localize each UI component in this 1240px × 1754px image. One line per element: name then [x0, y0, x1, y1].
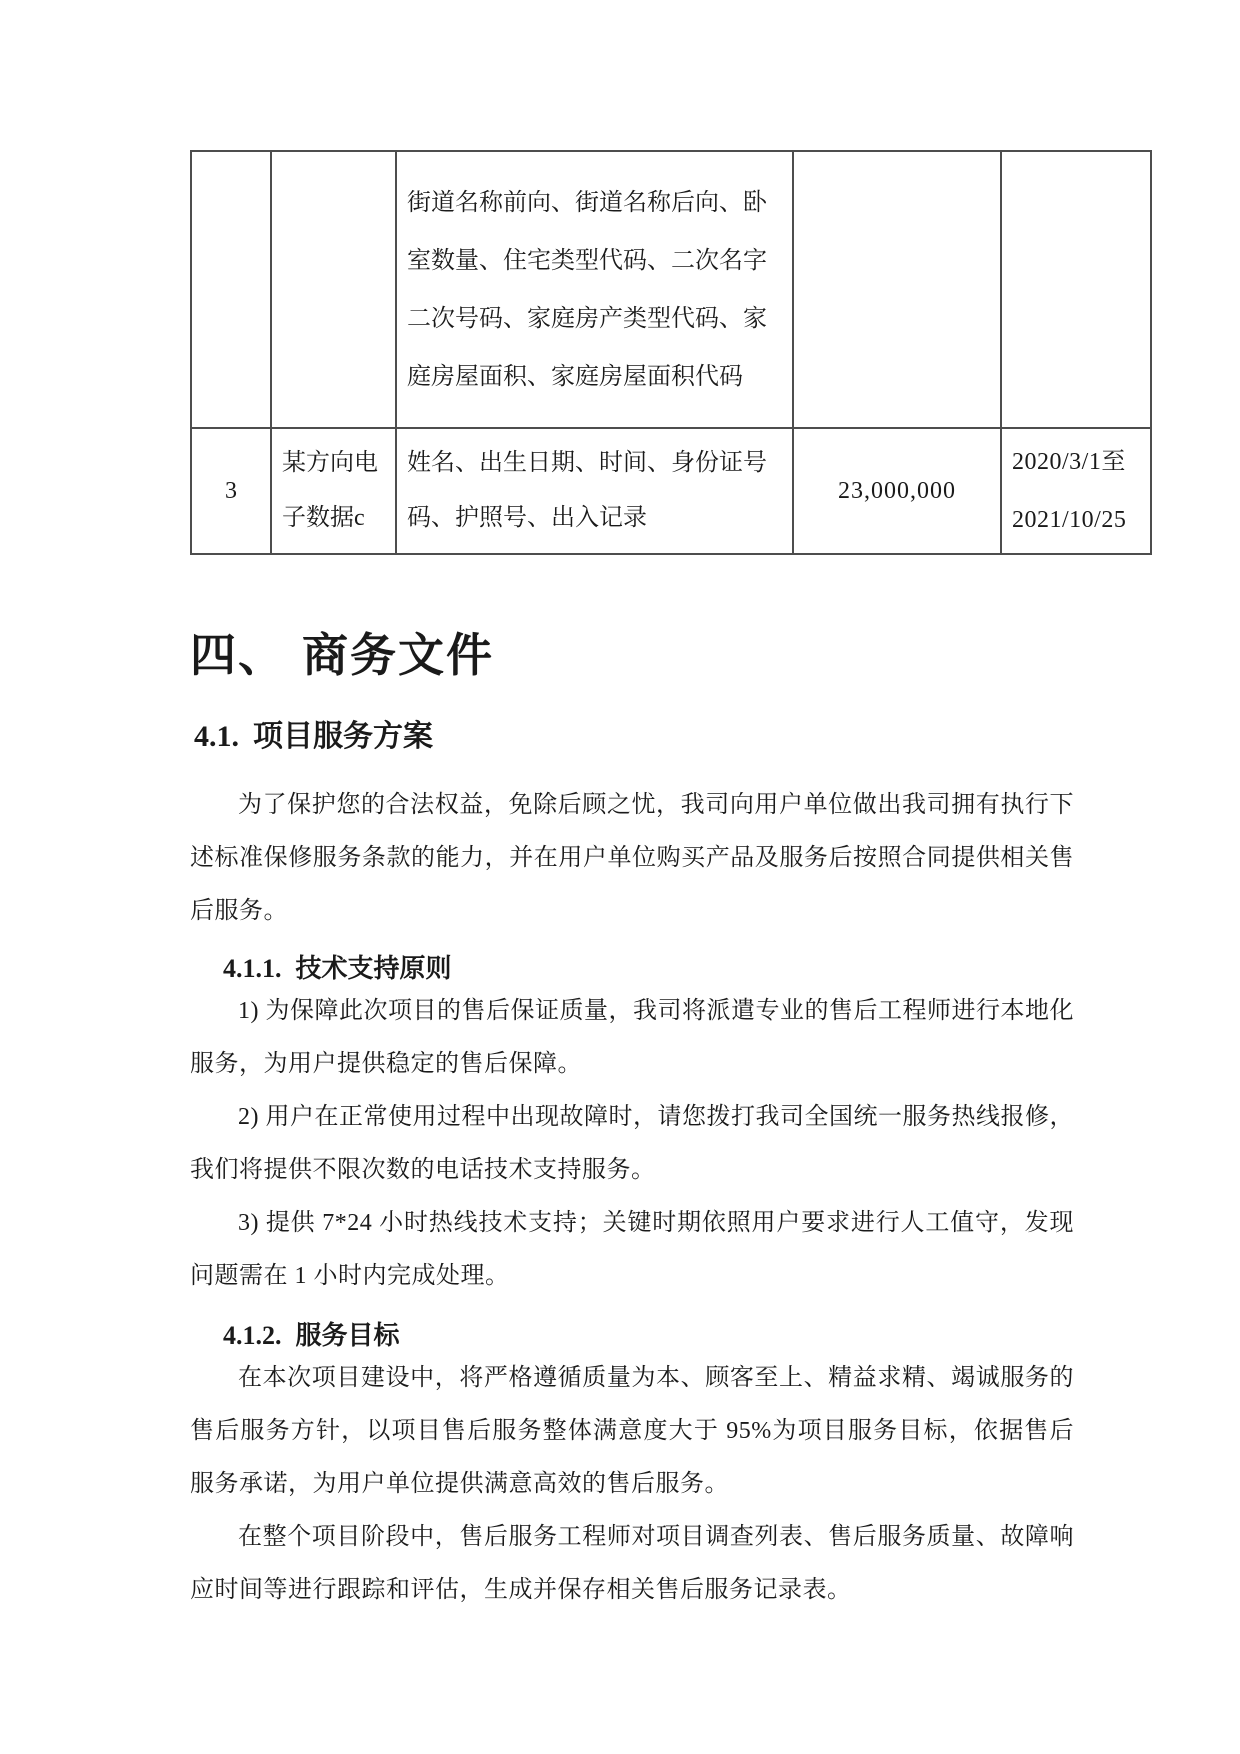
cell-period: 2020/3/1至 2021/10/25	[1001, 428, 1151, 554]
paragraph-goal-2: 在整个项目阶段中，售后服务工程师对项目调查列表、售后服务质量、故障响应时间等进行…	[190, 1511, 1074, 1617]
cell-period	[1001, 151, 1151, 428]
subsection-title: 技术支持原则	[296, 954, 452, 983]
section-heading-4-1: 4.1.项目服务方案	[194, 711, 1150, 755]
cell-fields: 街道名称前向、街道名称后向、卧 室数量、住宅类型代码、二次名字 二次号码、家庭房…	[396, 151, 793, 428]
table-row-continuation: 街道名称前向、街道名称后向、卧 室数量、住宅类型代码、二次名字 二次号码、家庭房…	[191, 151, 1151, 428]
cell-name: 某方向电 子数据c	[271, 428, 396, 554]
section-title: 项目服务方案	[253, 720, 433, 753]
paragraph-item-3: 3) 提供 7*24 小时热线技术支持；关键时期依照用户要求进行人工值守，发现问…	[190, 1197, 1074, 1303]
chapter-heading: 四、商务文件	[190, 619, 1150, 685]
document-content: 街道名称前向、街道名称后向、卧 室数量、住宅类型代码、二次名字 二次号码、家庭房…	[190, 150, 1150, 1617]
paragraph-item-2: 2) 用户在正常使用过程中出现故障时，请您拨打我司全国统一服务热线报修，我们将提…	[190, 1091, 1074, 1197]
subsection-heading-4-1-1: 4.1.1.技术支持原则	[223, 948, 1150, 985]
section-number: 4.1.	[194, 720, 239, 753]
cell-count	[793, 151, 1001, 428]
subsection-number: 4.1.2.	[223, 1321, 282, 1350]
subsection-title: 服务目标	[296, 1321, 400, 1350]
subsection-number: 4.1.1.	[223, 954, 282, 983]
cell-fields: 姓名、出生日期、时间、身份证号 码、护照号、出入记录	[396, 428, 793, 554]
cell-name	[271, 151, 396, 428]
chapter-number: 四、	[190, 630, 286, 681]
subsection-heading-4-1-2: 4.1.2.服务目标	[223, 1315, 1150, 1352]
paragraph-service-plan: 为了保护您的合法权益，免除后顾之忧，我司向用户单位做出我司拥有执行下述标准保修服…	[190, 779, 1074, 938]
chapter-title: 商务文件	[302, 630, 494, 681]
table-row-3: 3 某方向电 子数据c 姓名、出生日期、时间、身份证号 码、护照号、出入记录 2…	[191, 428, 1151, 554]
paragraph-goal-1: 在本次项目建设中，将严格遵循质量为本、顾客至上、精益求精、竭诚服务的售后服务方针…	[190, 1352, 1074, 1511]
cell-index	[191, 151, 271, 428]
paragraph-item-1: 1) 为保障此次项目的售后保证质量，我司将派遣专业的售后工程师进行本地化服务，为…	[190, 985, 1074, 1091]
cell-count: 23,000,000	[793, 428, 1001, 554]
document-page: 街道名称前向、街道名称后向、卧 室数量、住宅类型代码、二次名字 二次号码、家庭房…	[0, 0, 1240, 1754]
cell-index: 3	[191, 428, 271, 554]
data-table: 街道名称前向、街道名称后向、卧 室数量、住宅类型代码、二次名字 二次号码、家庭房…	[190, 150, 1152, 555]
